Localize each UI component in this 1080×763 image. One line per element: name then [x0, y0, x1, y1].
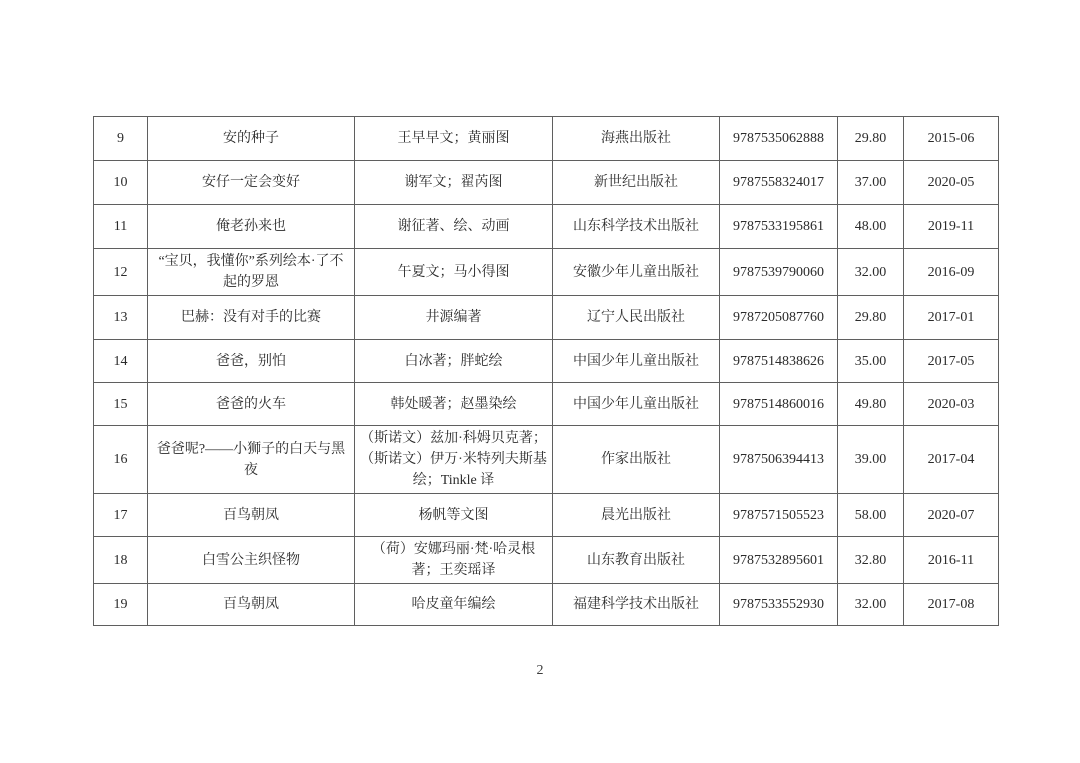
cell-publisher: 中国少年儿童出版社	[553, 340, 720, 383]
cell-date: 2017-05	[904, 340, 999, 383]
document-page: 9安的种子王早早文；黄丽图海燕出版社978753506288829.802015…	[0, 0, 1080, 763]
cell-publisher: 山东科学技术出版社	[553, 205, 720, 249]
book-table: 9安的种子王早早文；黄丽图海燕出版社978753506288829.802015…	[93, 116, 999, 626]
cell-date: 2019-11	[904, 205, 999, 249]
book-row: 12“宝贝，我懂你”系列绘本·了不起的罗恩午夏文；马小得图安徽少年儿童出版社97…	[94, 249, 999, 296]
cell-isbn: 9787558324017	[720, 161, 838, 205]
cell-index: 9	[94, 117, 148, 161]
cell-price: 39.00	[838, 426, 904, 494]
cell-date: 2016-11	[904, 537, 999, 584]
cell-author: 王早早文；黄丽图	[355, 117, 553, 161]
cell-author: 井源编著	[355, 296, 553, 340]
cell-index: 14	[94, 340, 148, 383]
cell-isbn: 9787506394413	[720, 426, 838, 494]
cell-author: 哈皮童年编绘	[355, 584, 553, 626]
cell-price: 58.00	[838, 494, 904, 537]
cell-index: 18	[94, 537, 148, 584]
cell-title: 俺老孙来也	[148, 205, 355, 249]
cell-date: 2017-01	[904, 296, 999, 340]
cell-publisher: 作家出版社	[553, 426, 720, 494]
cell-author: 谢征著、绘、动画	[355, 205, 553, 249]
cell-price: 32.00	[838, 584, 904, 626]
cell-isbn: 9787539790060	[720, 249, 838, 296]
cell-title: 安仔一定会变好	[148, 161, 355, 205]
cell-title: 百鸟朝凤	[148, 584, 355, 626]
cell-publisher: 海燕出版社	[553, 117, 720, 161]
cell-title: “宝贝，我懂你”系列绘本·了不起的罗恩	[148, 249, 355, 296]
cell-index: 15	[94, 383, 148, 426]
cell-isbn: 9787533195861	[720, 205, 838, 249]
cell-date: 2020-07	[904, 494, 999, 537]
cell-date: 2020-03	[904, 383, 999, 426]
cell-publisher: 新世纪出版社	[553, 161, 720, 205]
cell-index: 17	[94, 494, 148, 537]
cell-author: （荷）安娜玛丽·梵·哈灵根著；王奕瑶译	[355, 537, 553, 584]
book-row: 9安的种子王早早文；黄丽图海燕出版社978753506288829.802015…	[94, 117, 999, 161]
cell-price: 29.80	[838, 117, 904, 161]
cell-author: （斯诺文）兹加·科姆贝克著；（斯诺文）伊万·米特列夫斯基绘；Tinkle 译	[355, 426, 553, 494]
cell-title: 安的种子	[148, 117, 355, 161]
cell-isbn: 9787514838626	[720, 340, 838, 383]
cell-isbn: 9787571505523	[720, 494, 838, 537]
cell-isbn: 9787533552930	[720, 584, 838, 626]
cell-publisher: 晨光出版社	[553, 494, 720, 537]
cell-isbn: 9787532895601	[720, 537, 838, 584]
cell-price: 48.00	[838, 205, 904, 249]
cell-publisher: 福建科学技术出版社	[553, 584, 720, 626]
cell-publisher: 辽宁人民出版社	[553, 296, 720, 340]
cell-index: 12	[94, 249, 148, 296]
cell-publisher: 中国少年儿童出版社	[553, 383, 720, 426]
book-row: 13巴赫：没有对手的比赛井源编著辽宁人民出版社978720508776029.8…	[94, 296, 999, 340]
cell-date: 2015-06	[904, 117, 999, 161]
cell-isbn: 9787514860016	[720, 383, 838, 426]
cell-price: 32.00	[838, 249, 904, 296]
cell-date: 2020-05	[904, 161, 999, 205]
cell-title: 百鸟朝凤	[148, 494, 355, 537]
book-row: 11俺老孙来也谢征著、绘、动画山东科学技术出版社978753319586148.…	[94, 205, 999, 249]
cell-date: 2016-09	[904, 249, 999, 296]
cell-price: 35.00	[838, 340, 904, 383]
cell-isbn: 9787205087760	[720, 296, 838, 340]
cell-isbn: 9787535062888	[720, 117, 838, 161]
book-row: 10安仔一定会变好谢军文；翟芮图新世纪出版社978755832401737.00…	[94, 161, 999, 205]
cell-price: 49.80	[838, 383, 904, 426]
cell-publisher: 安徽少年儿童出版社	[553, 249, 720, 296]
cell-title: 爸爸的火车	[148, 383, 355, 426]
book-row: 18白雪公主织怪物（荷）安娜玛丽·梵·哈灵根著；王奕瑶译山东教育出版社97875…	[94, 537, 999, 584]
cell-date: 2017-08	[904, 584, 999, 626]
cell-index: 11	[94, 205, 148, 249]
page-number: 2	[0, 663, 1080, 679]
cell-index: 16	[94, 426, 148, 494]
cell-price: 29.80	[838, 296, 904, 340]
cell-date: 2017-04	[904, 426, 999, 494]
book-table-body: 9安的种子王早早文；黄丽图海燕出版社978753506288829.802015…	[94, 117, 999, 626]
cell-index: 13	[94, 296, 148, 340]
cell-title: 爸爸，别怕	[148, 340, 355, 383]
cell-index: 10	[94, 161, 148, 205]
cell-title: 爸爸呢?——小狮子的白天与黑夜	[148, 426, 355, 494]
cell-title: 白雪公主织怪物	[148, 537, 355, 584]
cell-index: 19	[94, 584, 148, 626]
cell-price: 37.00	[838, 161, 904, 205]
cell-author: 杨帆等文图	[355, 494, 553, 537]
cell-author: 谢军文；翟芮图	[355, 161, 553, 205]
cell-price: 32.80	[838, 537, 904, 584]
book-row: 16爸爸呢?——小狮子的白天与黑夜（斯诺文）兹加·科姆贝克著；（斯诺文）伊万·米…	[94, 426, 999, 494]
book-row: 17百鸟朝凤杨帆等文图晨光出版社978757150552358.002020-0…	[94, 494, 999, 537]
book-row: 15爸爸的火车韩处暖著；赵墨染绘中国少年儿童出版社978751486001649…	[94, 383, 999, 426]
cell-title: 巴赫：没有对手的比赛	[148, 296, 355, 340]
cell-author: 午夏文；马小得图	[355, 249, 553, 296]
cell-author: 韩处暖著；赵墨染绘	[355, 383, 553, 426]
cell-author: 白冰著；胖蛇绘	[355, 340, 553, 383]
book-row: 19百鸟朝凤哈皮童年编绘福建科学技术出版社978753355293032.002…	[94, 584, 999, 626]
book-row: 14爸爸，别怕白冰著；胖蛇绘中国少年儿童出版社978751483862635.0…	[94, 340, 999, 383]
cell-publisher: 山东教育出版社	[553, 537, 720, 584]
